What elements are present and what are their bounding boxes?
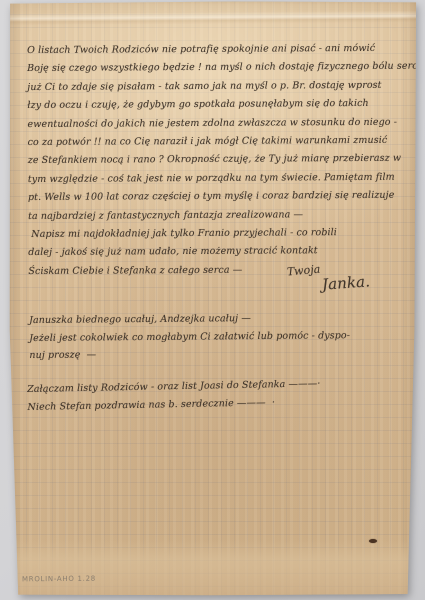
handwritten-line: Napisz mi najdokładniej jak tylko Franio… [28, 224, 424, 245]
archive-mark: MROLIN-AHO 1.28 [22, 575, 96, 584]
letter-paper-wrap: O listach Twoich Rodziców nie potrafię s… [0, 0, 425, 600]
handwritten-line: dalej - jakoś się już nam udało, nie moż… [28, 242, 424, 263]
letter-paper: O listach Twoich Rodziców nie potrafię s… [0, 0, 425, 600]
handwritten-line: ta najbardziej z fantastycznych fantazja… [28, 205, 424, 226]
paper-crease-bottom [0, 540, 425, 595]
handwritten-line: łzy do oczu i czuję, że gdybym go spotka… [27, 95, 423, 116]
handwritten-line: ewentualności do jakich nie jestem zdoln… [27, 113, 423, 134]
handwritten-line: już Ci to zdaje się pisałam - tak samo j… [27, 76, 423, 97]
handwritten-line: O listach Twoich Rodziców nie potrafię s… [27, 40, 423, 61]
handwritten-line: nuj proszę — [29, 344, 350, 364]
scan-background: O listach Twoich Rodziców nie potrafię s… [0, 0, 425, 600]
handwritten-line: Boję się czego wszystkiego będzie ! na m… [27, 58, 423, 79]
handwritten-line: ze Stefankiem nocą i rano ? Okropność cz… [28, 150, 424, 171]
handwritten-postscript: Januszka biednego ucałuj, Andzejka ucału… [29, 309, 350, 365]
paper-speck [369, 539, 377, 543]
handwritten-line: Jeżeli jest cokolwiek co mogłabym Ci zał… [29, 327, 350, 347]
paper-edge-shade-left [8, 0, 22, 600]
handwritten-enclosure-note: Załączam listy Rodziców - oraz list Joas… [27, 375, 321, 417]
handwritten-line: pt. Wells w 100 lat coraz częściej o tym… [28, 187, 424, 208]
paper-crease-top [0, 11, 425, 26]
handwritten-line: tym względzie - coś tak jest nie w porzą… [28, 168, 424, 189]
handwritten-line: co za potwór !! na co Cię naraził i jak … [28, 132, 424, 153]
handwritten-body: O listach Twoich Rodziców nie potrafię s… [27, 40, 425, 282]
signature-name: Janka. [321, 272, 370, 293]
